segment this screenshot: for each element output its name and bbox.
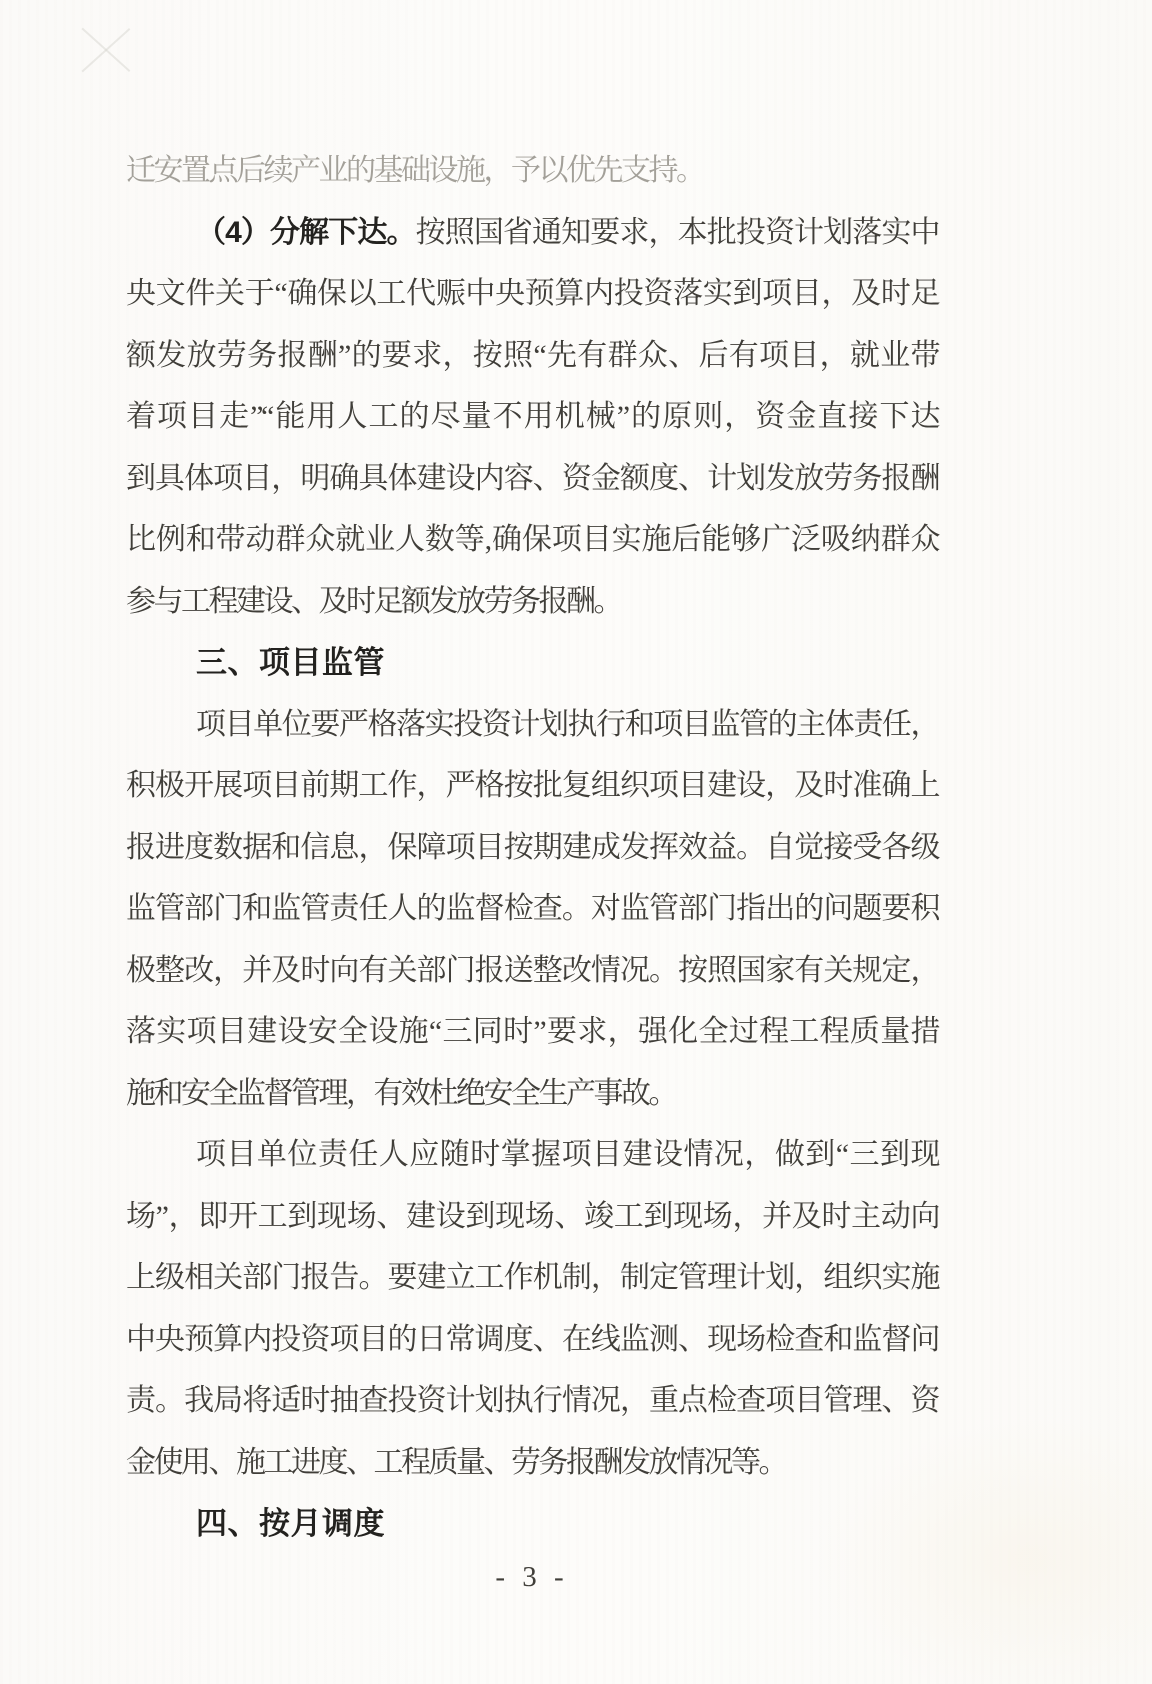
text-line: 到具体项目，明确具体建设内容、资金额度、计划发放劳务报酬 [126,448,938,510]
text-line: 央文件关于“确保以工代赈中央预算内投资落实到项目，及时足 [126,263,938,325]
text-line: 中央预算内投资项目的日常调度、在线监测、现场检查和监督问 [126,1309,938,1371]
bold-text-segment: 四、按月调度 [196,1506,385,1541]
section-heading: 四、按月调度 [126,1493,938,1555]
bold-text-segment: （4）分解下达。 [196,216,416,249]
text-segment: 迁安置点后续产业的基础设施，予以优先支持。 [126,154,704,187]
text-line: 场”，即开工到现场、建设到现场、竣工到现场，并及时主动向 [126,1186,938,1248]
text-segment: 上级相关部门报告。要建立工作机制，制定管理计划，组织实施 [126,1261,938,1294]
text-segment: 中央预算内投资项目的日常调度、在线监测、现场检查和监督问 [126,1323,938,1356]
bold-text-segment: 三、项目监管 [196,645,385,680]
page-number: - 3 - [126,1552,938,1602]
text-segment: 比例和带动群众就业人数等,确保项目实施后能够广泛吸纳群众 [126,523,938,556]
text-line: （4）分解下达。按照国省通知要求，本批投资计划落实中 [126,202,938,264]
text-segment: 项目单位责任人应随时掌握项目建设情况，做到“三到现 [196,1138,938,1171]
text-line: 监管部门和监管责任人的监督检查。对监管部门指出的问题要积 [126,878,938,940]
text-segment: 到具体项目，明确具体建设内容、资金额度、计划发放劳务报酬 [126,462,938,495]
text-line: 额发放劳务报酬”的要求，按照“先有群众、后有项目，就业带 [126,325,938,387]
text-line: 积极开展项目前期工作，严格按批复组织项目建设，及时准确上 [126,755,938,817]
text-segment: 极整改，并及时向有关部门报送整改情况。按照国家有关规定， [126,954,938,987]
scan-crease-mark [70,18,140,82]
text-line: 参与工程建设、及时足额发放劳务报酬。 [126,571,938,633]
text-segment: 积极开展项目前期工作，严格按批复组织项目建设，及时准确上 [126,769,938,802]
text-line: 项目单位要严格落实投资计划执行和项目监管的主体责任， [126,694,938,756]
text-line: 落实项目建设安全设施“三同时”要求，强化全过程工程质量措 [126,1001,938,1063]
text-line: 报进度数据和信息，保障项目按期建成发挥效益。自觉接受各级 [126,817,938,879]
document-body: 迁安置点后续产业的基础设施，予以优先支持。（4）分解下达。按照国省通知要求，本批… [126,140,938,1555]
text-segment: 场”，即开工到现场、建设到现场、竣工到现场，并及时主动向 [126,1200,938,1233]
text-segment: 责。我局将适时抽查投资计划执行情况，重点检查项目管理、资 [126,1384,938,1417]
text-segment: 着项目走”“能用人工的尽量不用机械”的原则，资金直接下达 [126,400,938,433]
text-line: 责。我局将适时抽查投资计划执行情况，重点检查项目管理、资 [126,1370,938,1432]
text-segment: 额发放劳务报酬”的要求，按照“先有群众、后有项目，就业带 [126,339,938,372]
text-segment: 按照国省通知要求，本批投资计划落实中 [416,216,938,249]
text-line: 金使用、施工进度、工程质量、劳务报酬发放情况等。 [126,1432,938,1494]
text-line: 施和安全监督管理，有效杜绝安全生产事故。 [126,1063,938,1125]
section-heading: 三、项目监管 [126,632,938,694]
text-segment: 金使用、施工进度、工程质量、劳务报酬发放情况等。 [126,1446,786,1479]
text-segment: 监管部门和监管责任人的监督检查。对监管部门指出的问题要积 [126,892,938,925]
text-line: 迁安置点后续产业的基础设施，予以优先支持。 [126,140,938,202]
text-line: 比例和带动群众就业人数等,确保项目实施后能够广泛吸纳群众 [126,509,938,571]
text-segment: 央文件关于“确保以工代赈中央预算内投资落实到项目，及时足 [126,277,938,310]
text-segment: 参与工程建设、及时足额发放劳务报酬。 [126,585,621,618]
text-segment: 项目单位要严格落实投资计划执行和项目监管的主体责任， [196,708,938,741]
document-page: 迁安置点后续产业的基础设施，予以优先支持。（4）分解下达。按照国省通知要求，本批… [0,0,1152,1684]
text-segment: 落实项目建设安全设施“三同时”要求，强化全过程工程质量措 [126,1015,938,1048]
text-segment: 施和安全监督管理，有效杜绝安全生产事故。 [126,1077,676,1110]
text-line: 着项目走”“能用人工的尽量不用机械”的原则，资金直接下达 [126,386,938,448]
text-segment: 报进度数据和信息，保障项目按期建成发挥效益。自觉接受各级 [126,831,938,864]
text-line: 极整改，并及时向有关部门报送整改情况。按照国家有关规定， [126,940,938,1002]
text-line: 项目单位责任人应随时掌握项目建设情况，做到“三到现 [126,1124,938,1186]
text-line: 上级相关部门报告。要建立工作机制，制定管理计划，组织实施 [126,1247,938,1309]
